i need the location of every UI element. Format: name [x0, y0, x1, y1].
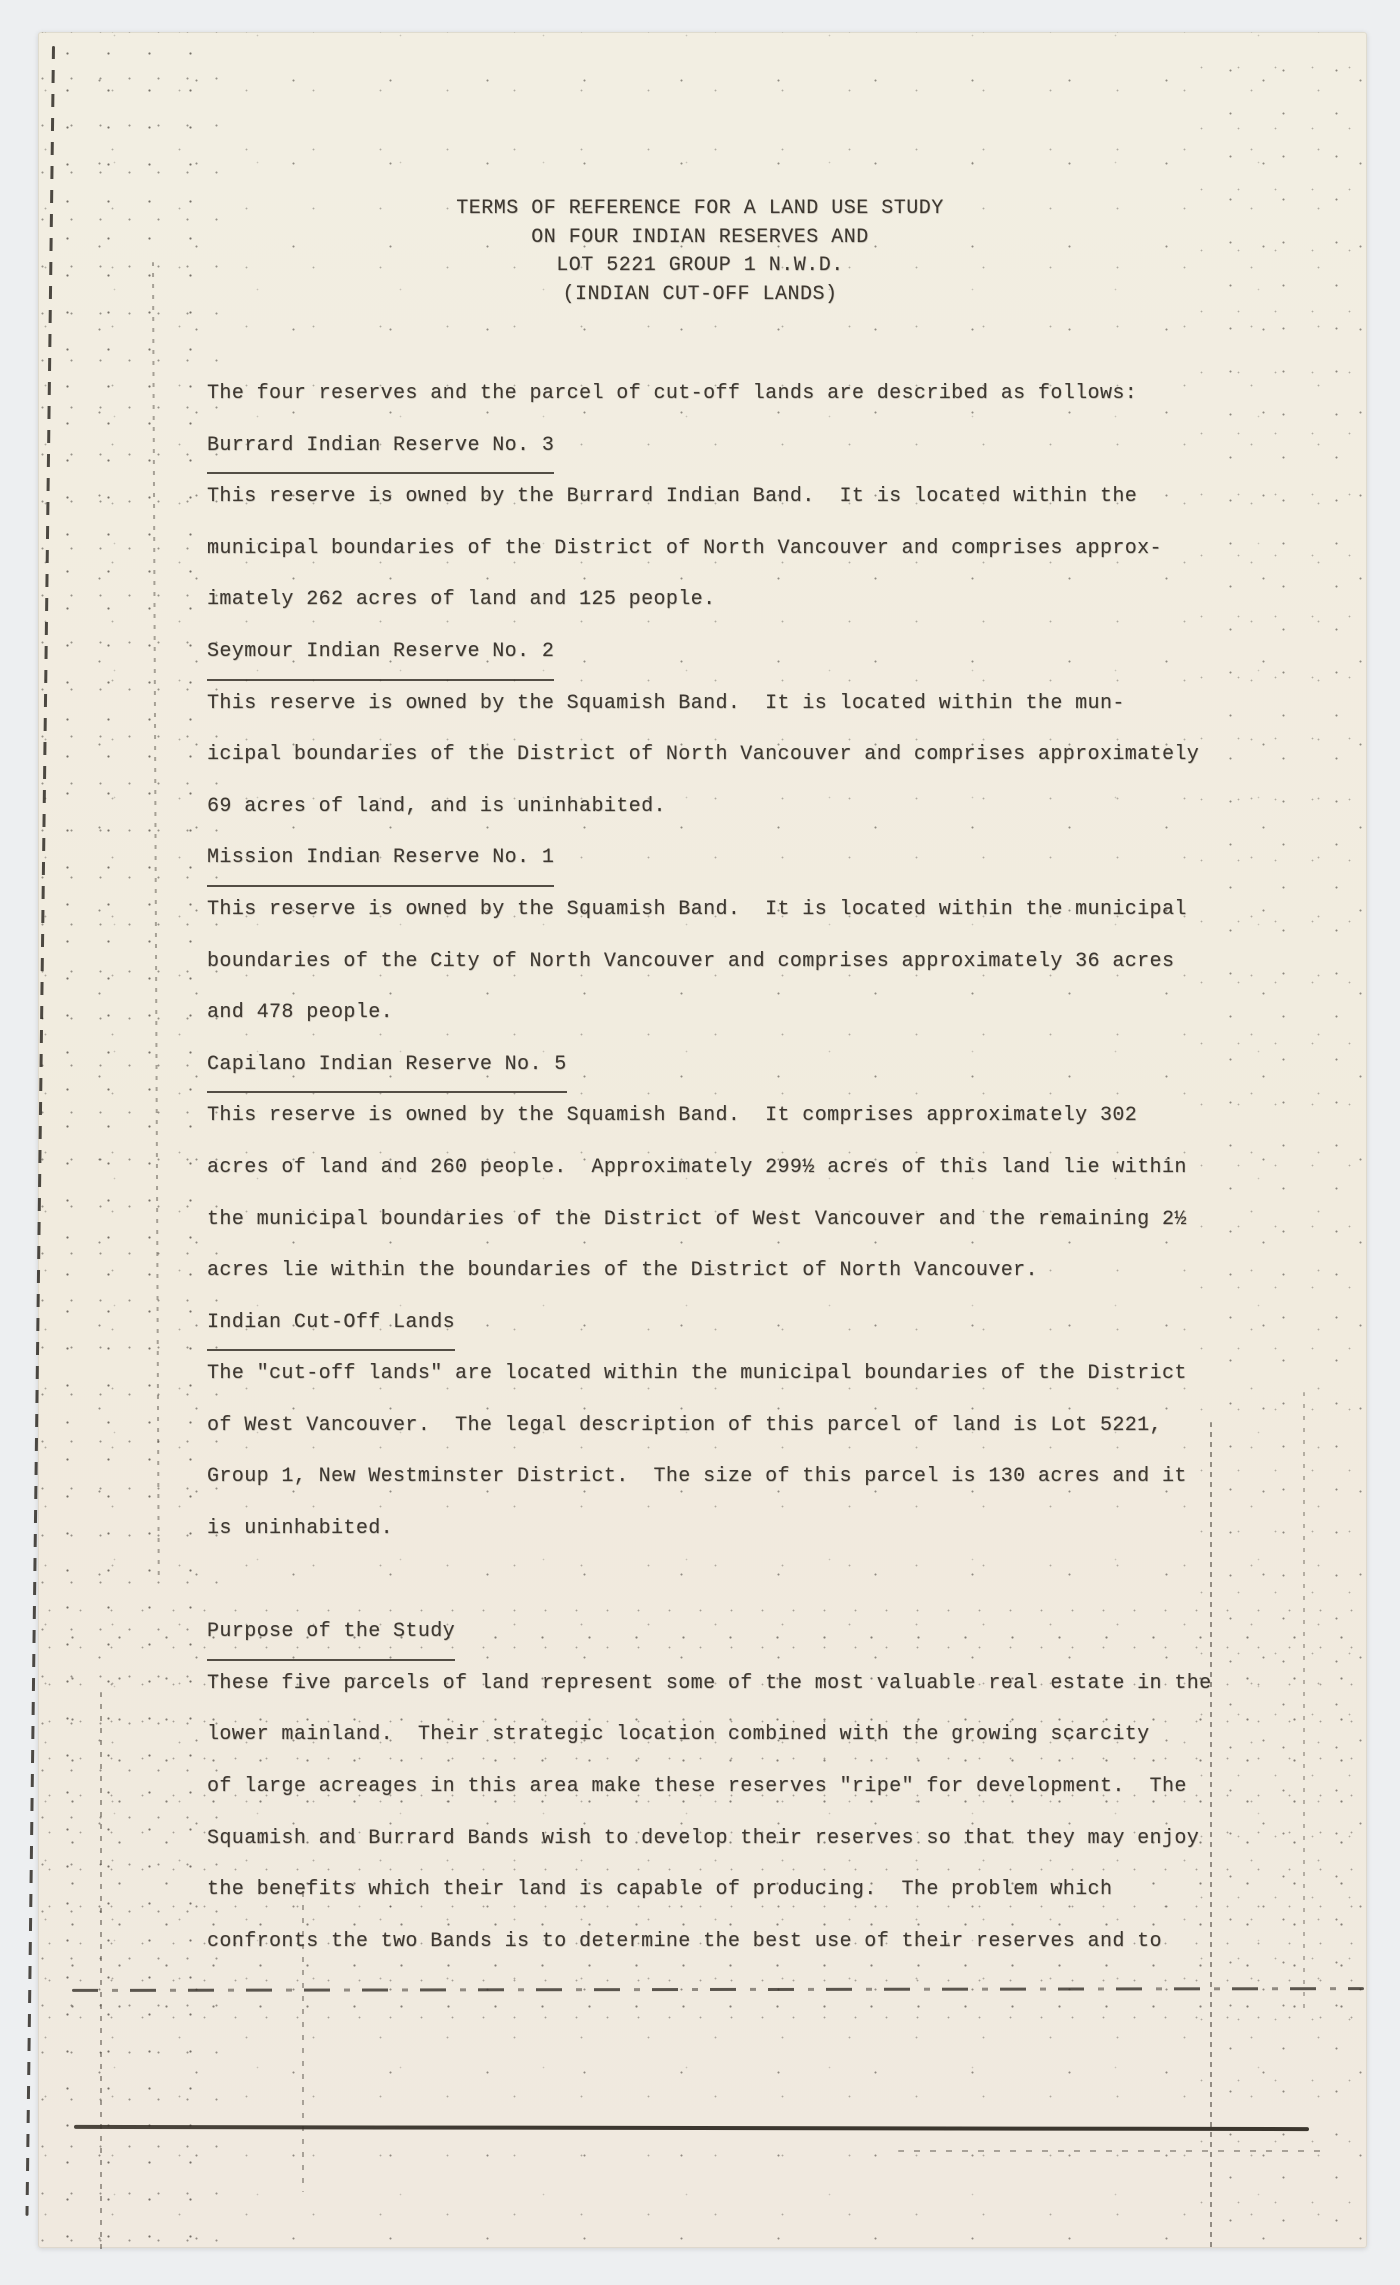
section-heading: Purpose of the Study — [207, 1606, 1307, 1658]
text-line: This reserve is owned by the Burrard Ind… — [207, 471, 1307, 523]
text-line: the benefits which their land is capable… — [207, 1864, 1307, 1916]
document-title: TERMS OF REFERENCE FOR A LAND USE STUDYO… — [205, 195, 1195, 309]
text-line: Squamish and Burrard Bands wish to devel… — [207, 1813, 1307, 1865]
section-heading: Seymour Indian Reserve No. 2 — [207, 626, 1307, 678]
section-heading-text: Capilano Indian Reserve No. 5 — [207, 1039, 567, 1094]
scanned-document-screenshot: { "colors":{ "background":"#edeff1", "pa… — [0, 0, 1400, 2285]
text-line: These five parcels of land represent som… — [207, 1658, 1307, 1710]
text-line: Group 1, New Westminster District. The s… — [207, 1451, 1307, 1503]
scan-artifact-vertical-line — [152, 262, 160, 1582]
text-line: boundaries of the City of North Vancouve… — [207, 936, 1307, 988]
document-page: TERMS OF REFERENCE FOR A LAND USE STUDYO… — [38, 32, 1367, 2248]
section-heading: Capilano Indian Reserve No. 5 — [207, 1039, 1307, 1091]
scan-artifact-vertical-line — [100, 1692, 102, 2252]
title-line: TERMS OF REFERENCE FOR A LAND USE STUDY — [205, 195, 1195, 224]
text-line: acres of land and 260 people. Approximat… — [207, 1142, 1307, 1194]
section-heading: Indian Cut-Off Lands — [207, 1297, 1307, 1349]
text-line: This reserve is owned by the Squamish Ba… — [207, 884, 1307, 936]
text-line: The four reserves and the parcel of cut-… — [207, 368, 1307, 420]
section-heading: Burrard Indian Reserve No. 3 — [207, 420, 1307, 472]
section-heading: Mission Indian Reserve No. 1 — [207, 832, 1307, 884]
text-line: municipal boundaries of the District of … — [207, 523, 1307, 575]
title-line: (INDIAN CUT-OFF LANDS) — [205, 281, 1195, 310]
text-line: is uninhabited. — [207, 1503, 1307, 1555]
section-heading-text: Mission Indian Reserve No. 1 — [207, 832, 554, 887]
text-line: confronts the two Bands is to determine … — [207, 1916, 1307, 1968]
title-line: LOT 5221 GROUP 1 N.W.D. — [205, 252, 1195, 281]
text-line: the municipal boundaries of the District… — [207, 1194, 1307, 1246]
text-line: icipal boundaries of the District of Nor… — [207, 729, 1307, 781]
text-line: and 478 people. — [207, 987, 1307, 1039]
text-line: lower mainland. Their strategic location… — [207, 1709, 1307, 1761]
section-heading-text: Seymour Indian Reserve No. 2 — [207, 626, 554, 681]
scan-artifact-dashed-rule — [72, 1987, 1364, 1992]
scan-artifact-left-edge-line — [25, 46, 55, 2216]
section-heading-text: Purpose of the Study — [207, 1606, 455, 1661]
scan-artifact-dotted-rule — [898, 2150, 1328, 2152]
document-text: The four reserves and the parcel of cut-… — [207, 368, 1307, 1967]
text-line: This reserve is owned by the Squamish Ba… — [207, 1090, 1307, 1142]
text-line: of West Vancouver. The legal description… — [207, 1400, 1307, 1452]
text-line: of large acreages in this area make thes… — [207, 1761, 1307, 1813]
text-line: acres lie within the boundaries of the D… — [207, 1245, 1307, 1297]
text-line: This reserve is owned by the Squamish Ba… — [207, 678, 1307, 730]
scan-speckle-left-edge — [38, 32, 228, 2248]
section-heading-text: Burrard Indian Reserve No. 3 — [207, 420, 554, 475]
title-line: ON FOUR INDIAN RESERVES AND — [205, 224, 1195, 253]
text-line: imately 262 acres of land and 125 people… — [207, 574, 1307, 626]
scan-artifact-bottom-rule — [74, 2125, 1309, 2131]
blank-line — [207, 1555, 1307, 1607]
text-line: The "cut-off lands" are located within t… — [207, 1348, 1307, 1400]
text-line: 69 acres of land, and is uninhabited. — [207, 781, 1307, 833]
section-heading-text: Indian Cut-Off Lands — [207, 1297, 455, 1352]
